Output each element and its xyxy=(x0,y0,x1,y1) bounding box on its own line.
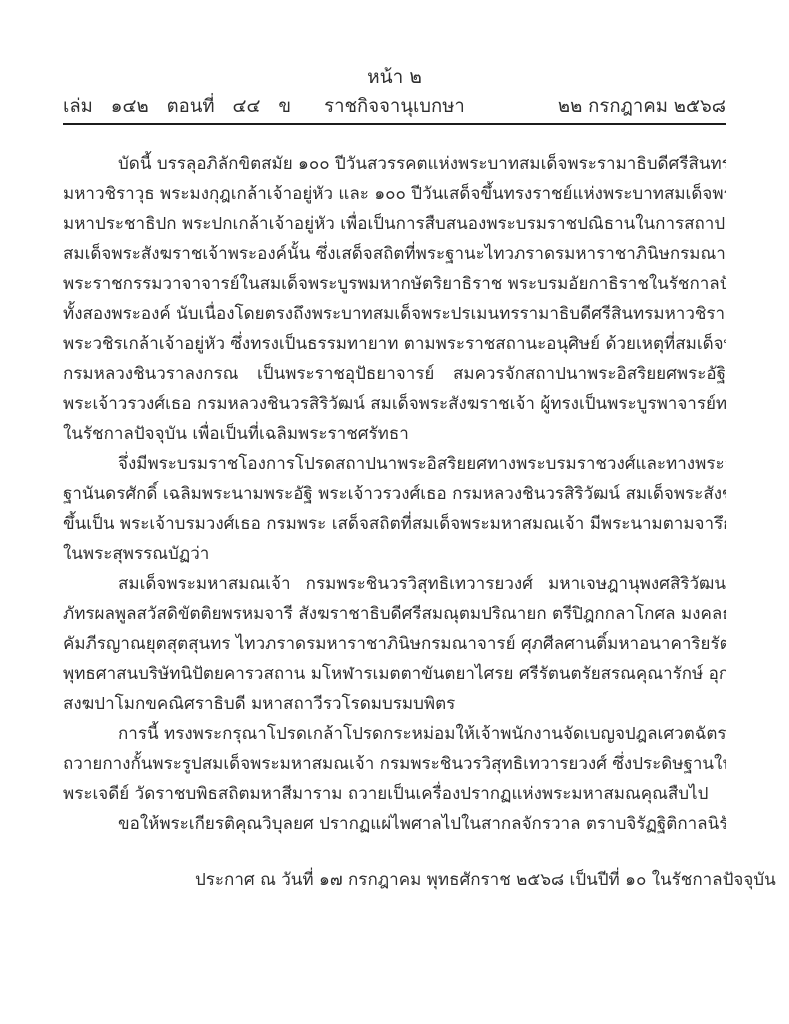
gazette-header-row: เล่ม ๑๔๒ ตอนที่ ๔๔ ข ราชกิจจานุเบกษา ๒๒ … xyxy=(63,94,726,120)
doc-line: พระเจดีย์ วัดราชบพิธสถิตมหาสีมาราม ถวายเ… xyxy=(63,779,726,809)
doc-line: ขึ้นเป็น พระเจ้าบรมวงศ์เธอ กรมพระ เสด็จส… xyxy=(63,509,726,539)
doc-line: กรมหลวงชินวราลงกรณ เป็นพระราชอุปัธยาจารย… xyxy=(63,359,726,389)
page-number: หน้า ๒ xyxy=(63,64,726,90)
doc-line: พระราชกรรมวาจาจารย์ในสมเด็จพระบูรพมหากษั… xyxy=(63,269,726,299)
doc-line: การนี้ ทรงพระกรุณาโปรดเกล้าโปรดกระหม่อมใ… xyxy=(63,719,726,749)
doc-line: ทั้งสองพระองค์ นับเนื่องโดยตรงถึงพระบาทส… xyxy=(63,299,726,329)
doc-line: ภัทรผลพูลสวัสดิขัตติยพรหมจารี สังฆราชาธิ… xyxy=(63,599,726,629)
doc-line: สงฆปาโมกขคณิศราธิบดี มหาสถาวีรวโรดมบรมบพ… xyxy=(63,689,726,719)
doc-line: พุทธศาสนบริษัทนิปัตยคารวสถาน มโหฬารเมตตา… xyxy=(63,659,726,689)
doc-line: ในพระสุพรรณบัฏว่า xyxy=(63,539,726,569)
doc-line: ถวายกางกั้นพระรูปสมเด็จพระมหาสมณเจ้า กรม… xyxy=(63,749,726,779)
doc-line: สมเด็จพระมหาสมณเจ้า กรมพระชินวรวิสุทธิเท… xyxy=(63,569,726,599)
doc-line: ในรัชกาลปัจจุบัน เพื่อเป็นที่เฉลิมพระราช… xyxy=(63,419,726,449)
doc-line: ขอให้พระเกียรติคุณวิบุลยศ ปรากฏแผ่ไพศาลไ… xyxy=(63,809,726,839)
issue-date: ๒๒ กรกฎาคม ๒๕๖๘ xyxy=(558,94,726,120)
gazette-page: หน้า ๒ เล่ม ๑๔๒ ตอนที่ ๔๔ ข ราชกิจจานุเบ… xyxy=(0,0,789,1024)
header-rule xyxy=(63,123,726,125)
doc-line: คัมภีรญาณยุตสุตสุนทร ไทวภราดรมหาราชาภินิ… xyxy=(63,629,726,659)
doc-line: บัดนี้ บรรลุอภิลักขิตสมัย ๑๐๐ ปีวันสวรรค… xyxy=(63,149,726,179)
doc-line: มหาประชาธิปก พระปกเกล้าเจ้าอยู่หัว เพื่อ… xyxy=(63,209,726,239)
doc-line: จึ่งมีพระบรมราชโองการโปรดสถาปนาพระอิสริย… xyxy=(63,449,726,479)
doc-line: สมเด็จพระสังฆราชเจ้าพระองค์นั้น ซึ่งเสด็… xyxy=(63,239,726,269)
doc-line: พระเจ้าวรวงศ์เธอ กรมหลวงชินวรสิริวัฒน์ ส… xyxy=(63,389,726,419)
doc-line: พระวชิรเกล้าเจ้าอยู่หัว ซึ่งทรงเป็นธรรมท… xyxy=(63,329,726,359)
doc-line: ฐานันดรศักดิ์ เฉลิมพระนามพระอัฐิ พระเจ้า… xyxy=(63,479,726,509)
promulgation-line: ประกาศ ณ วันที่ ๑๗ กรกฎาคม พุทธศักราช ๒๕… xyxy=(195,865,726,895)
doc-line: มหาวชิราวุธ พระมงกุฎเกล้าเจ้าอยู่หัว และ… xyxy=(63,179,726,209)
document-body: บัดนี้ บรรลุอภิลักขิตสมัย ๑๐๐ ปีวันสวรรค… xyxy=(63,149,726,895)
